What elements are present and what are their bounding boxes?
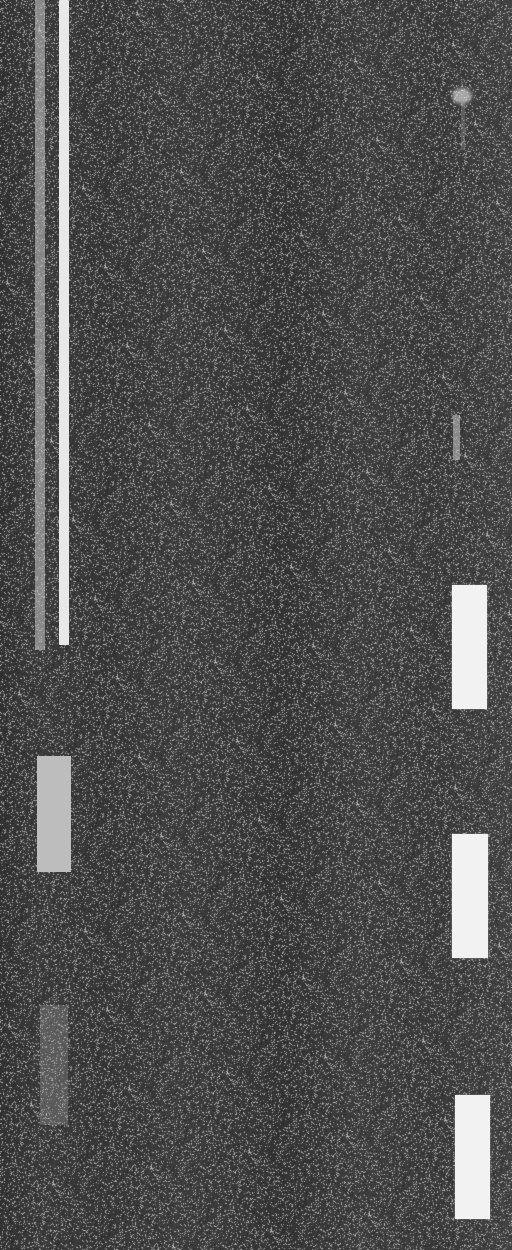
- right-dash-segment: [455, 1095, 490, 1219]
- right-worn-mark-trail: [461, 100, 465, 150]
- right-dash-segment: [452, 585, 487, 709]
- left-dash-segment: [37, 756, 71, 872]
- road-surface-photo: [0, 0, 512, 1250]
- right-dash-segment: [452, 834, 488, 958]
- asphalt-texture: [0, 0, 512, 1250]
- right-worn-mark: [453, 415, 460, 460]
- left-solid-line-outer: [59, 0, 69, 645]
- left-dash-segment-worn: [40, 1005, 68, 1125]
- left-solid-line-inner: [35, 0, 45, 650]
